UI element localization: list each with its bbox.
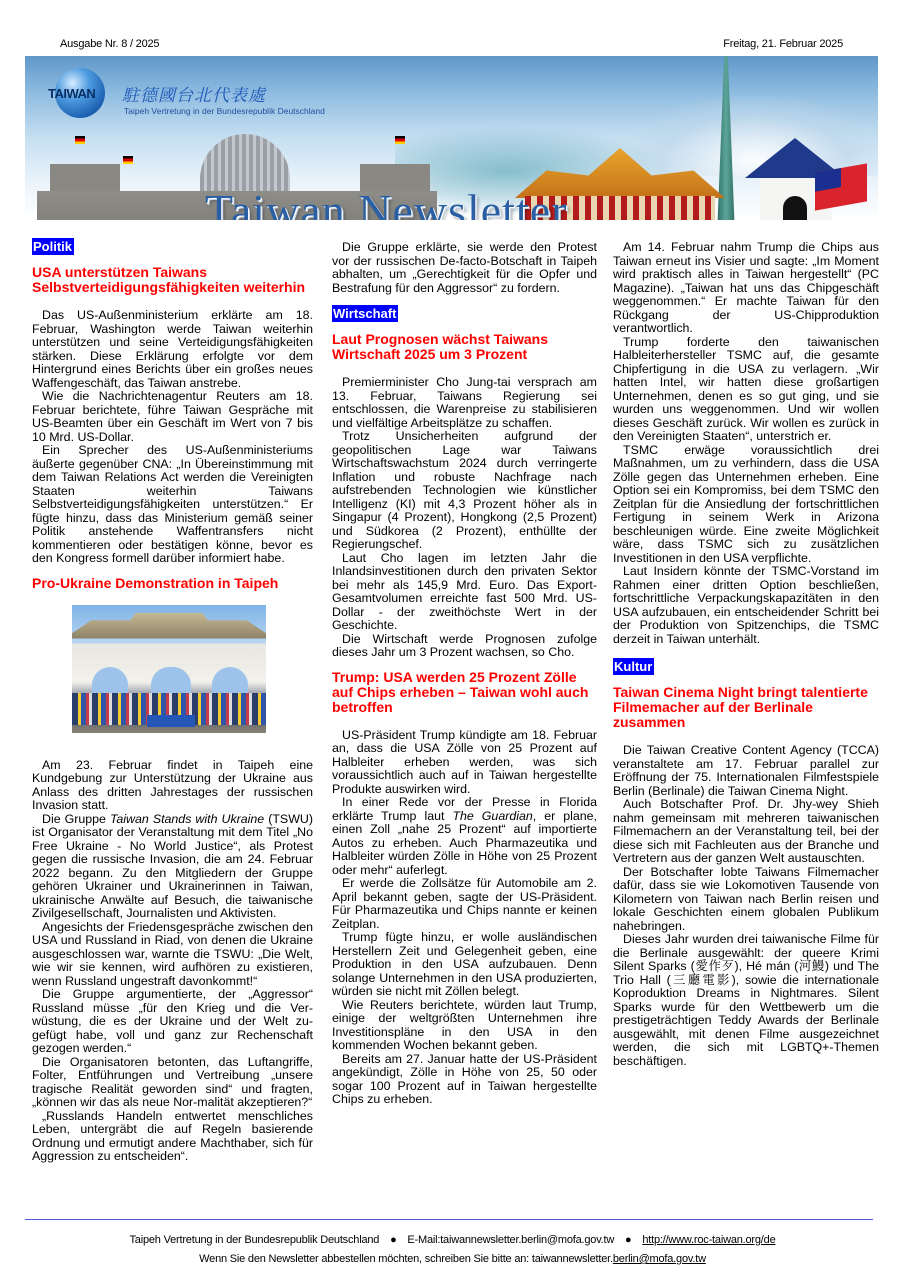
taiwan-flag-icon [815, 163, 867, 210]
german-flag-icon [123, 156, 133, 164]
paragraph: Wie Reuters berichtete, würden laut Trum… [332, 999, 597, 1053]
paragraph: „Russlands Handeln entwertet menschliche… [32, 1110, 313, 1164]
german-flag-icon [395, 136, 405, 144]
footer-website-link[interactable]: http://www.roc-taiwan.org/de [642, 1234, 775, 1246]
section-tag-kultur: Kultur [613, 658, 654, 675]
issue-number: Ausgabe Nr. 8 / 2025 [60, 38, 159, 50]
paragraph: TSMC erwäge voraussichtlich drei Maßnahm… [613, 444, 879, 566]
newsletter-title: Taiwan Newsletter [205, 184, 567, 220]
newsletter-banner: TAIWAN 駐德國台北代表處 Taipeh Vertretung in der… [25, 56, 878, 220]
paragraph: Am 14. Februar nahm Trump die Chips aus … [613, 241, 879, 336]
paragraph: Trump fügte hinzu, er wolle ausländische… [332, 931, 597, 999]
paragraph: Der Botschafter lobte Taiwans Filmemache… [613, 866, 879, 934]
paragraph: Die Gruppe erklärte, sie werde den Prote… [332, 241, 597, 295]
group-intro: Die Gruppe [42, 812, 106, 826]
source-name: The Guardian [452, 809, 532, 823]
issue-header: Ausgabe Nr. 8 / 2025 Freitag, 21. Februa… [0, 38, 905, 52]
paragraph: Die Gruppe Taiwan Stands with Ukraine (T… [32, 813, 313, 921]
footer-email: E-Mail:taiwannewsletter.berlin@mofa.gov.… [407, 1234, 614, 1246]
paragraph: Wie die Nachrichtenagentur Reuters am 18… [32, 390, 313, 444]
paragraph: Die Taiwan Creative Content Agency (TCCA… [613, 744, 879, 798]
memorial-hall-door [783, 196, 807, 220]
unsubscribe-email-link[interactable]: berlin@mofa.gov.tw [613, 1253, 706, 1265]
paragraph: In einer Rede vor der Presse in Florida … [332, 796, 597, 877]
paragraph: Dieses Jahr wurden drei taiwanische Film… [613, 933, 879, 1068]
bullet-icon: ● [390, 1234, 396, 1246]
unsubscribe-text: Wenn Sie den Newsletter abbestellen möch… [199, 1253, 613, 1265]
paragraph: Trump forderte den taiwanischen Halbleit… [613, 336, 879, 444]
paragraph: Angesichts der Friedensgespräche zwische… [32, 921, 313, 989]
headline-selbstverteidigung: USA unterstützen Taiwans Selbstverteidig… [32, 265, 313, 295]
paragraph: US-Präsident Trump kündigte am 18. Febru… [332, 729, 597, 797]
section-tag-politik: Politik [32, 238, 74, 255]
paragraph: Premierminister Cho Jung-tai versprach a… [332, 376, 597, 430]
paragraph: Trotz Unsicherheiten aufgrund der geopol… [332, 430, 597, 552]
paragraph: Die Wirtschaft werde Prognosen zufolge d… [332, 633, 597, 660]
headline-cinema-night: Taiwan Cinema Night bringt talentierte F… [613, 685, 879, 730]
paragraph: Laut Insidern könnte der TSMC-Vorstand i… [613, 565, 879, 646]
paragraph: Die Gruppe argumentierte, der „Aggressor… [32, 988, 313, 1056]
paragraph: Laut Cho lagen im letzten Jahr die Inlan… [332, 552, 597, 633]
column-3: Am 14. Februar nahm Trump die Chips aus … [613, 241, 879, 1068]
column-1: Politik USA unterstützen Taiwans Selbstv… [32, 238, 313, 1164]
headline-trump-zoelle: Trump: USA werden 25 Prozent Zölle auf C… [332, 670, 597, 715]
paragraph: Er werde die Zollsätze für Automobile am… [332, 877, 597, 931]
german-flag-icon [75, 136, 85, 144]
paragraph: Das US-Außenministerium erklärte am 18. … [32, 309, 313, 390]
section-tag-wirtschaft: Wirtschaft [332, 305, 398, 322]
headline-wirtschaft-prognose: Laut Prognosen wächst Taiwans Wirtschaft… [332, 332, 597, 362]
logo-subtitle: Taipeh Vertretung in der Bundesrepublik … [124, 106, 325, 116]
paragraph: Die Organisatoren betonten, das Luftangr… [32, 1056, 313, 1110]
footer-unsubscribe: Wenn Sie den Newsletter abbestellen möch… [0, 1253, 905, 1265]
issue-date: Freitag, 21. Februar 2025 [723, 38, 843, 50]
column-2: Die Gruppe erklärte, sie werde den Prote… [332, 241, 597, 1107]
logo-wordmark: TAIWAN [48, 86, 95, 101]
footer-divider [25, 1219, 873, 1220]
group-name: Taiwan Stands with Ukraine [110, 812, 264, 826]
gate-roof [72, 613, 266, 639]
footer-org: Taipeh Vertretung in der Bundesrepublik … [130, 1234, 380, 1246]
footer-contact: Taipeh Vertretung in der Bundesrepublik … [0, 1234, 905, 1246]
logo-chinese-name: 駐德國台北代表處 [122, 81, 266, 106]
paragraph-rest: (TSWU) ist Organisator der Veranstaltung… [32, 812, 313, 921]
paragraph: Auch Botschafter Prof. Dr. Jhy-wey Shieh… [613, 798, 879, 866]
ukraine-demonstration-photo [72, 605, 266, 733]
protest-banner [147, 715, 195, 727]
paragraph: Am 23. Februar findet in Taipeh eine Kun… [32, 759, 313, 813]
headline-ukraine-demo: Pro-Ukraine Demonstration in Taipeh [32, 576, 313, 591]
paragraph: Bereits am 27. Januar hatte der US-Präsi… [332, 1053, 597, 1107]
paragraph: Ein Sprecher des US-Außenministeriums äu… [32, 444, 313, 566]
bullet-icon: ● [625, 1234, 631, 1246]
